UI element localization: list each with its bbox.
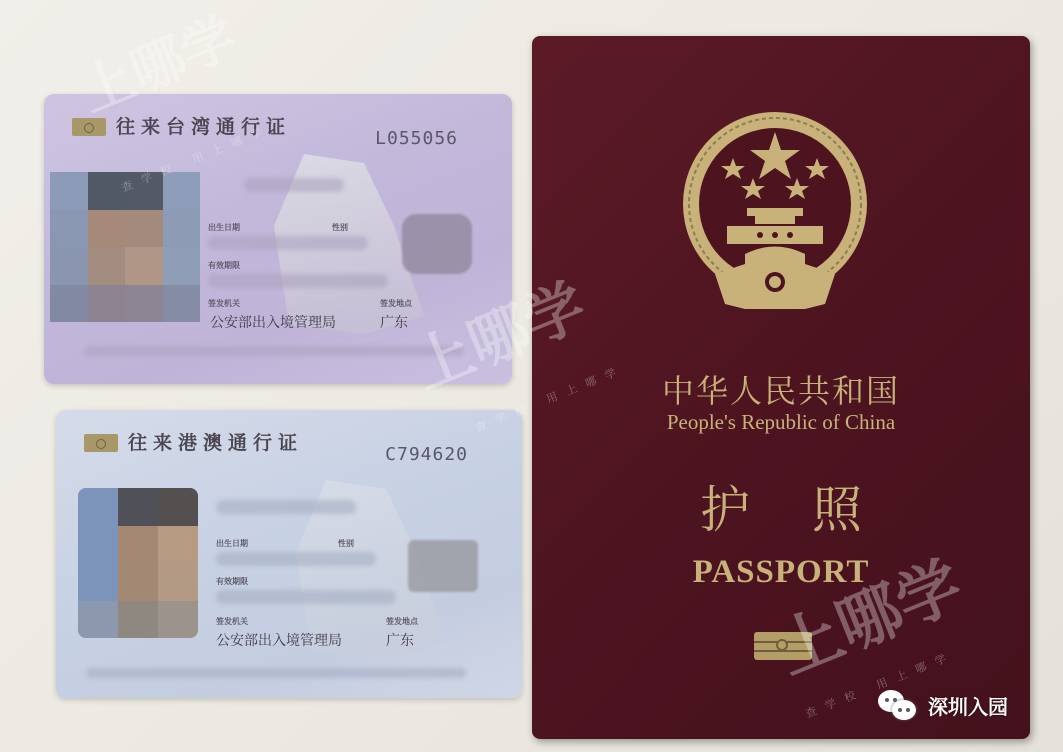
passport-title-cn: 护照 [532, 470, 1030, 542]
wechat-icon [878, 690, 920, 720]
label-issuing-authority: 签发机关 [216, 616, 248, 627]
redacted-mrz [86, 668, 466, 678]
passport-country-en: People's Republic of China [532, 410, 1030, 435]
pixelated-portrait [78, 488, 198, 638]
secondary-photo [408, 540, 478, 592]
redacted-validity [216, 590, 396, 604]
label-birth-date: 出生日期 [216, 538, 248, 549]
redacted-validity [208, 274, 388, 288]
secondary-photo [402, 214, 472, 274]
label-birth-date: 出生日期 [208, 222, 240, 233]
card-number: C794620 [385, 444, 468, 465]
card-title: 往来港澳通行证 [128, 428, 303, 455]
redacted-name [216, 500, 356, 514]
label-sex: 性别 [338, 538, 354, 549]
label-issuing-place: 签发地点 [380, 298, 412, 309]
wechat-account-badge: 深圳入园 [878, 690, 1008, 720]
label-issuing-authority: 签发机关 [208, 298, 240, 309]
redacted-birth-date [208, 236, 368, 250]
label-sex: 性别 [332, 222, 348, 233]
redacted-name [244, 178, 344, 192]
issuing-authority: 公安部出入境管理局 [216, 630, 342, 650]
redacted-birth-date [216, 552, 376, 566]
issuing-authority: 公安部出入境管理局 [210, 312, 336, 332]
card-number: L055056 [375, 128, 458, 149]
issuing-place: 广东 [386, 630, 414, 650]
hk-macau-travel-permit-card: 往来港澳通行证 C794620 出生日期 性别 有效期限 签发机关 签发地点 公… [56, 410, 522, 698]
chip-icon [84, 434, 118, 452]
national-emblem-icon [675, 104, 875, 324]
label-valid-until: 有效期限 [208, 260, 240, 271]
label-valid-until: 有效期限 [216, 576, 248, 587]
label-issuing-place: 签发地点 [386, 616, 418, 627]
account-name: 深圳入园 [928, 691, 1008, 720]
